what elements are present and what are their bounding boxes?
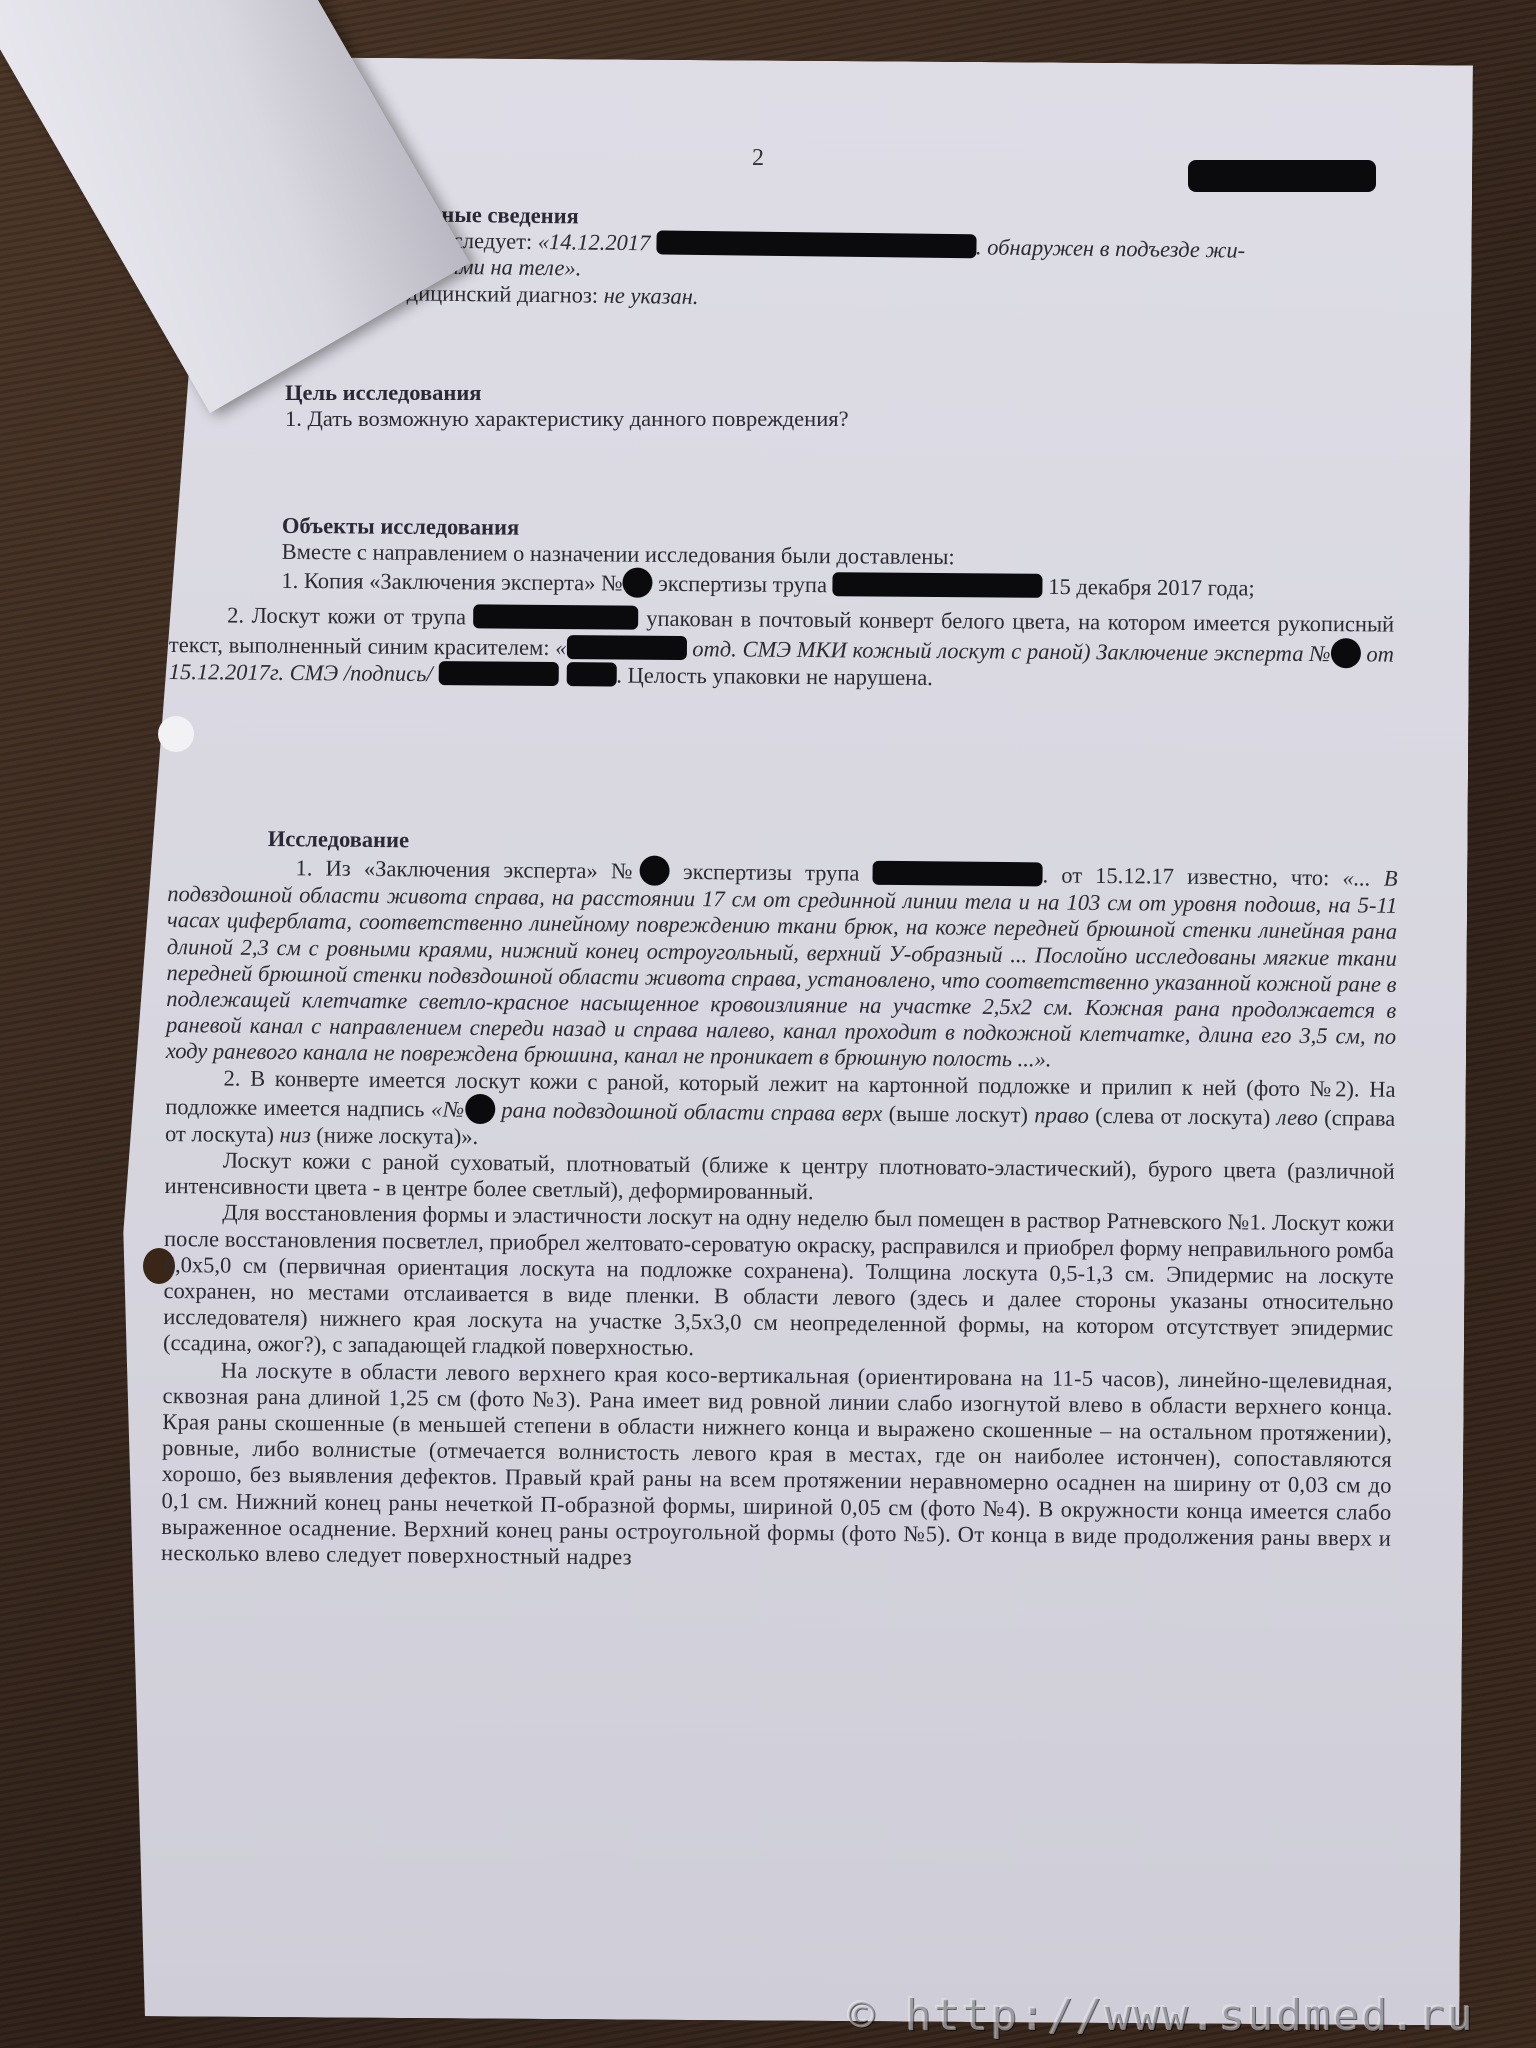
redaction <box>640 856 670 886</box>
redaction <box>1331 638 1361 668</box>
redaction <box>566 662 616 686</box>
redaction <box>438 661 558 686</box>
page-number: 2 <box>752 145 764 172</box>
section-goal: Цель исследования 1. Дать возможную хара… <box>285 380 1385 432</box>
redaction <box>465 1094 495 1124</box>
watermark: © http://www.sudmed.ru <box>848 1990 1475 2041</box>
objects-item-2: 2. Лоскут кожи от трупа упакован в почто… <box>169 602 1395 694</box>
redaction <box>872 861 1042 887</box>
redaction <box>833 573 1043 599</box>
goal-item: 1. Дать возможную характеристику данного… <box>285 406 1385 432</box>
redaction <box>566 635 686 660</box>
study-paragraph-1: 1. Из «Заключения эксперта» № экспертизы… <box>166 851 1398 1076</box>
study-paragraph-2: 2. В конверте имеется лоскут кожи с рано… <box>165 1065 1396 1159</box>
redaction-header <box>1188 160 1376 192</box>
heading-goal: Цель исследования <box>285 380 1385 406</box>
study-paragraph-5: На лоскуте в области левого верхнего кра… <box>161 1357 1393 1578</box>
section-study: Исследование 1. Из «Заключения эксперта»… <box>161 825 1398 1578</box>
study-paragraph-4: Для восстановления формы и эластичности … <box>163 1199 1394 1368</box>
punch-hole-upper <box>158 716 194 752</box>
redaction <box>656 231 976 259</box>
redaction <box>622 568 652 598</box>
redaction <box>474 605 639 630</box>
section-objects: Объекты исследования Вместе с направлени… <box>169 512 1395 694</box>
